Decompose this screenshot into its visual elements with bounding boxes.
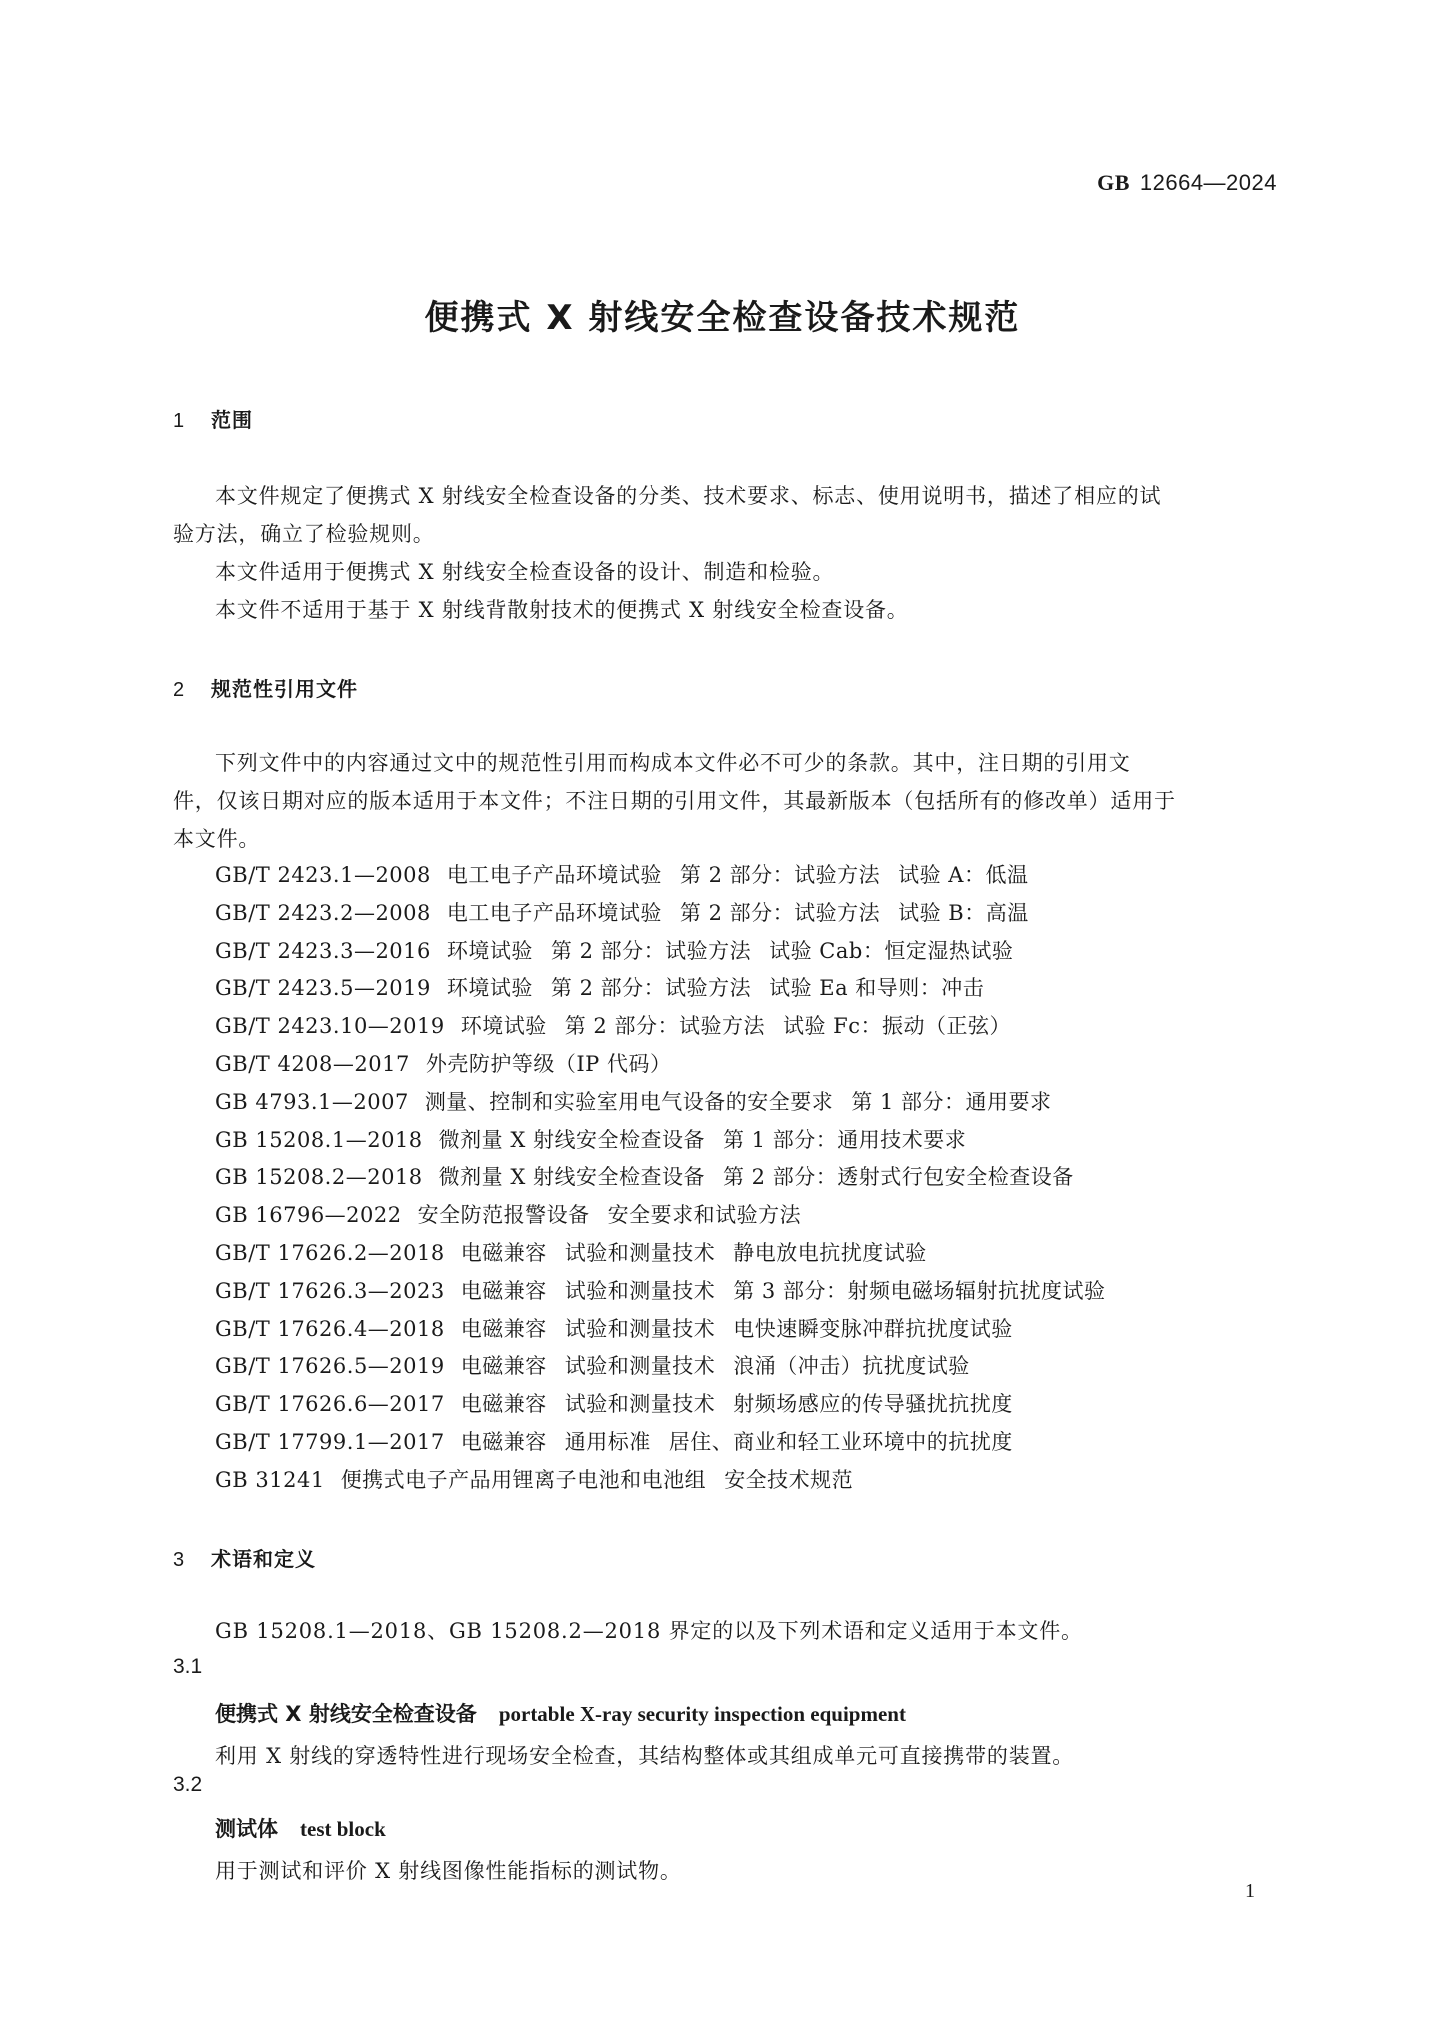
reference-code: GB/T 2423.10—2019	[215, 1014, 445, 1038]
reference-item: GB 31241便携式电子产品用锂离子电池和电池组安全技术规范	[215, 1462, 1105, 1500]
section-1-heading: 1范围	[173, 404, 253, 433]
paragraph-line: 验方法，确立了检验规则。	[173, 515, 1273, 553]
reference-item: GB/T 17626.2—2018电磁兼容试验和测量技术静电放电抗扰度试验	[215, 1235, 1105, 1273]
reference-title: 测量、控制和实验室用电气设备的安全要求	[425, 1090, 834, 1114]
page-number: 1	[1245, 1880, 1255, 1903]
reference-item: GB/T 2423.5—2019环境试验第 2 部分：试验方法试验 Ea 和导则…	[215, 970, 1105, 1008]
paragraph-line: 下列文件中的内容通过文中的规范性引用而构成本文件必不可少的条款。其中，注日期的引…	[173, 744, 1273, 782]
reference-title: 外壳防护等级（IP 代码）	[426, 1052, 672, 1076]
document-title: 便携式 X 射线安全检查设备技术规范	[0, 290, 1445, 339]
reference-part: 第 2 部分：试验方法	[680, 901, 880, 925]
reference-part: 安全技术规范	[724, 1468, 853, 1492]
section-title: 规范性引用文件	[211, 677, 358, 701]
reference-part: 第 2 部分：试验方法	[551, 976, 751, 1000]
reference-part: 试验和测量技术	[565, 1241, 716, 1265]
reference-title: 安全防范报警设备	[418, 1203, 590, 1227]
document-page: GB12664—2024 便携式 X 射线安全检查设备技术规范 1范围 本文件规…	[0, 0, 1445, 2044]
reference-item: GB/T 17799.1—2017电磁兼容通用标准居住、商业和轻工业环境中的抗扰…	[215, 1424, 1105, 1462]
standard-number: 12664—2024	[1140, 170, 1277, 195]
reference-subtitle: 居住、商业和轻工业环境中的抗扰度	[669, 1430, 1013, 1454]
section-number: 2	[173, 679, 211, 702]
paragraph-line: 本文件适用于便携式 X 射线安全检查设备的设计、制造和检验。	[173, 553, 1273, 591]
reference-item: GB 15208.2—2018微剂量 X 射线安全检查设备第 2 部分：透射式行…	[215, 1159, 1105, 1197]
reference-code: GB 16796—2022	[215, 1203, 402, 1227]
reference-subtitle: 试验 Ea 和导则：冲击	[769, 976, 984, 1000]
reference-item: GB/T 17626.5—2019电磁兼容试验和测量技术浪涌（冲击）抗扰度试验	[215, 1348, 1105, 1386]
term-number: 3.1	[173, 1655, 202, 1679]
term-zh: 便携式 X 射线安全检查设备	[215, 1702, 477, 1726]
reference-subtitle: 试验 Fc：振动（正弦）	[783, 1014, 1011, 1038]
reference-code: GB/T 17626.5—2019	[215, 1354, 445, 1378]
reference-title: 环境试验	[461, 1014, 547, 1038]
reference-part: 试验和测量技术	[565, 1317, 716, 1341]
reference-subtitle: 射频场感应的传导骚扰抗扰度	[733, 1392, 1013, 1416]
term-definition: 用于测试和评价 X 射线图像性能指标的测试物。	[215, 1855, 682, 1885]
reference-code: GB/T 4208—2017	[215, 1052, 410, 1076]
reference-code: GB 15208.1—2018	[215, 1128, 423, 1152]
section-title: 范围	[211, 408, 253, 432]
reference-code: GB 15208.2—2018	[215, 1165, 423, 1189]
term-zh: 测试体	[215, 1817, 278, 1841]
section-2-intro: 下列文件中的内容通过文中的规范性引用而构成本文件必不可少的条款。其中，注日期的引…	[173, 744, 1273, 858]
reference-title: 电工电子产品环境试验	[447, 863, 662, 887]
reference-item: GB/T 2423.2—2008电工电子产品环境试验第 2 部分：试验方法试验 …	[215, 895, 1105, 933]
reference-code: GB/T 2423.3—2016	[215, 939, 431, 963]
term-number: 3.2	[173, 1773, 202, 1797]
reference-code: GB/T 2423.2—2008	[215, 901, 431, 925]
reference-title: 电磁兼容	[461, 1392, 547, 1416]
paragraph-line: 本文件不适用于基于 X 射线背散射技术的便携式 X 射线安全检查设备。	[173, 591, 1273, 629]
term-en: test block	[300, 1817, 386, 1841]
reference-item: GB/T 17626.4—2018电磁兼容试验和测量技术电快速瞬变脉冲群抗扰度试…	[215, 1311, 1105, 1349]
reference-item: GB/T 4208—2017外壳防护等级（IP 代码）	[215, 1046, 1105, 1084]
reference-code: GB 31241	[215, 1468, 325, 1492]
standard-code: GB12664—2024	[1097, 170, 1277, 196]
reference-code: GB/T 2423.1—2008	[215, 863, 431, 887]
reference-part: 安全要求和试验方法	[608, 1203, 802, 1227]
section-3-intro: GB 15208.1—2018、GB 15208.2—2018 界定的以及下列术…	[173, 1612, 1273, 1650]
paragraph-line: 件，仅该日期对应的版本适用于本文件；不注日期的引用文件，其最新版本（包括所有的修…	[173, 782, 1273, 820]
reference-subtitle: 试验 Cab：恒定湿热试验	[769, 939, 1013, 963]
reference-part: 第 2 部分：试验方法	[680, 863, 880, 887]
reference-subtitle: 第 3 部分：射频电磁场辐射抗扰度试验	[733, 1279, 1105, 1303]
reference-item: GB/T 17626.6—2017电磁兼容试验和测量技术射频场感应的传导骚扰抗扰…	[215, 1386, 1105, 1424]
section-1-body: 本文件规定了便携式 X 射线安全检查设备的分类、技术要求、标志、使用说明书，描述…	[173, 477, 1273, 629]
reference-part: 第 2 部分：试验方法	[551, 939, 751, 963]
reference-subtitle: 试验 A：低温	[898, 863, 1028, 887]
reference-subtitle: 浪涌（冲击）抗扰度试验	[733, 1354, 970, 1378]
term-heading: 便携式 X 射线安全检查设备portable X-ray security in…	[215, 1698, 906, 1728]
section-3-heading: 3术语和定义	[173, 1543, 316, 1572]
reference-code: GB 4793.1—2007	[215, 1090, 409, 1114]
reference-subtitle: 电快速瞬变脉冲群抗扰度试验	[733, 1317, 1013, 1341]
reference-title: 环境试验	[447, 976, 533, 1000]
reference-item: GB 4793.1—2007测量、控制和实验室用电气设备的安全要求第 1 部分：…	[215, 1084, 1105, 1122]
section-number: 1	[173, 410, 211, 433]
paragraph-line: 本文件。	[173, 820, 1273, 858]
section-2-heading: 2规范性引用文件	[173, 673, 358, 702]
reference-item: GB 15208.1—2018微剂量 X 射线安全检查设备第 1 部分：通用技术…	[215, 1122, 1105, 1160]
reference-title: 环境试验	[447, 939, 533, 963]
reference-item: GB/T 2423.1—2008电工电子产品环境试验第 2 部分：试验方法试验 …	[215, 857, 1105, 895]
reference-part: 第 2 部分：试验方法	[565, 1014, 765, 1038]
standard-prefix: GB	[1097, 170, 1130, 195]
reference-part: 第 1 部分：通用要求	[851, 1090, 1051, 1114]
reference-title: 便携式电子产品用锂离子电池和电池组	[341, 1468, 707, 1492]
normative-references-list: GB/T 2423.1—2008电工电子产品环境试验第 2 部分：试验方法试验 …	[215, 857, 1105, 1500]
section-title: 术语和定义	[211, 1547, 316, 1571]
reference-part: 第 1 部分：通用技术要求	[723, 1128, 966, 1152]
reference-part: 试验和测量技术	[565, 1392, 716, 1416]
paragraph-line: GB 15208.1—2018、GB 15208.2—2018 界定的以及下列术…	[173, 1612, 1273, 1650]
reference-part: 试验和测量技术	[565, 1279, 716, 1303]
reference-title: 微剂量 X 射线安全检查设备	[439, 1128, 705, 1152]
reference-subtitle: 静电放电抗扰度试验	[733, 1241, 927, 1265]
reference-title: 电工电子产品环境试验	[447, 901, 662, 925]
section-number: 3	[173, 1549, 211, 1572]
reference-code: GB/T 17799.1—2017	[215, 1430, 445, 1454]
reference-item: GB/T 2423.10—2019环境试验第 2 部分：试验方法试验 Fc：振动…	[215, 1008, 1105, 1046]
reference-part: 通用标准	[565, 1430, 651, 1454]
reference-item: GB/T 17626.3—2023电磁兼容试验和测量技术第 3 部分：射频电磁场…	[215, 1273, 1105, 1311]
reference-title: 电磁兼容	[461, 1317, 547, 1341]
reference-code: GB/T 2423.5—2019	[215, 976, 431, 1000]
reference-item: GB 16796—2022安全防范报警设备安全要求和试验方法	[215, 1197, 1105, 1235]
paragraph-line: 本文件规定了便携式 X 射线安全检查设备的分类、技术要求、标志、使用说明书，描述…	[173, 477, 1273, 515]
reference-title: 电磁兼容	[461, 1279, 547, 1303]
reference-code: GB/T 17626.4—2018	[215, 1317, 445, 1341]
reference-part: 第 2 部分：透射式行包安全检查设备	[723, 1165, 1074, 1189]
reference-title: 电磁兼容	[461, 1430, 547, 1454]
reference-title: 电磁兼容	[461, 1354, 547, 1378]
reference-subtitle: 试验 B：高温	[898, 901, 1029, 925]
term-en: portable X-ray security inspection equip…	[499, 1702, 906, 1726]
term-heading: 测试体test block	[215, 1813, 386, 1843]
reference-code: GB/T 17626.6—2017	[215, 1392, 445, 1416]
reference-title: 微剂量 X 射线安全检查设备	[439, 1165, 705, 1189]
reference-part: 试验和测量技术	[565, 1354, 716, 1378]
reference-item: GB/T 2423.3—2016环境试验第 2 部分：试验方法试验 Cab：恒定…	[215, 933, 1105, 971]
reference-code: GB/T 17626.2—2018	[215, 1241, 445, 1265]
reference-code: GB/T 17626.3—2023	[215, 1279, 445, 1303]
reference-title: 电磁兼容	[461, 1241, 547, 1265]
term-definition: 利用 X 射线的穿透特性进行现场安全检查，其结构整体或其组成单元可直接携带的装置…	[215, 1740, 1074, 1770]
